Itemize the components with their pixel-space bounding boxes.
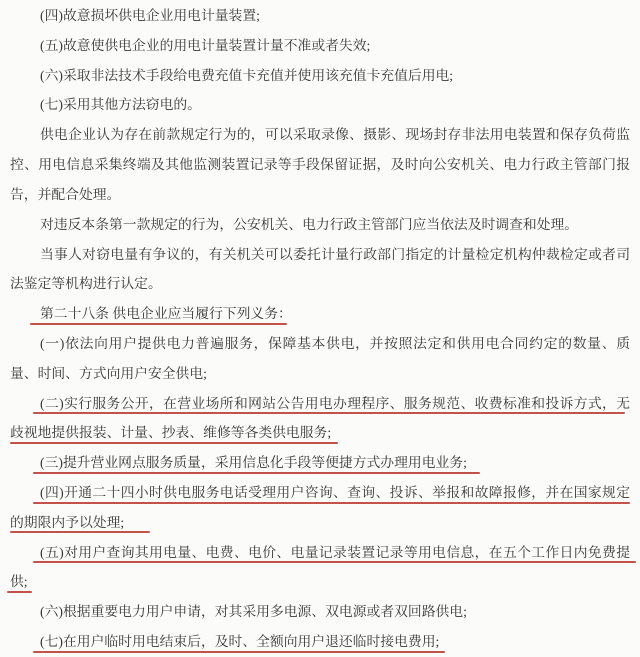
text-line: (五)对用户查询其用电量、电费、电价、电量记录装置记录等用电信息，在五个工作日内… xyxy=(10,538,630,568)
red-underline xyxy=(33,502,630,504)
text-line: 法鉴定等机构进行认定。 xyxy=(10,269,630,299)
line-text: (五)对用户查询其用电量、电费、电价、电量记录装置记录等用电信息，在五个工作日内… xyxy=(40,545,630,560)
text-line: 当事人对窃电量有争议的，有关机关可以委托计量行政部门指定的计量检定机构仲裁检定或… xyxy=(10,240,630,270)
text-line: (五)故意使供电企业的用电计量装置计量不准或者失效; xyxy=(10,31,630,61)
red-underline xyxy=(33,412,625,414)
text-line: (六)采取非法技术手段给电费充值卡充值并使用该充值卡充值后用电; xyxy=(10,61,630,91)
line-text: (四)开通二十四小时供电服务电话受理用户咨询、查询、投诉、举报和故障报修，并在国… xyxy=(40,485,630,500)
line-text: 当事人对窃电量有争议的，有关机关可以委托计量行政部门指定的计量检定机构仲裁检定或… xyxy=(40,247,630,262)
article-28-heading: 第二十八条 供电企业应当履行下列义务： xyxy=(10,299,630,329)
text-line: (二)实行服务公开，在营业场所和网站公告用电办理程序、服务规范、收费标准和投诉方… xyxy=(10,389,630,419)
line-text: 的期限内予以处理; xyxy=(10,515,124,530)
line-text: 对违反本条第一款规定的行为，公安机关、电力行政主管部门应当依法及时调查和处理。 xyxy=(40,217,578,232)
text-line: (四)故意损坏供电企业用电计量装置; xyxy=(10,1,630,31)
text-line: 供; xyxy=(10,567,630,597)
text-line: (六)根据重要电力用户申请，对其采用多电源、双电源或者双回路供电; xyxy=(10,597,630,627)
line-text: 供; xyxy=(10,574,28,589)
line-text: 供电企业认为存在前款规定行为的，可以采取录像、摄影、现场封存非法用电装置和保存负… xyxy=(40,127,630,142)
red-underline xyxy=(33,651,445,653)
line-text: (五)故意使供电企业的用电计量装置计量不准或者失效; xyxy=(40,38,370,53)
red-underline xyxy=(30,323,287,326)
line-text: 告，并配合处理。 xyxy=(10,187,120,202)
red-underline xyxy=(10,442,338,444)
text-line: 的期限内予以处理; xyxy=(10,508,630,538)
line-text: (七)采用其他方法窃电的。 xyxy=(40,97,201,112)
text-line: (一)依法向用户提供电力普遍服务，保障基本供电，并按照法定和供用电合同约定的数量… xyxy=(10,329,630,359)
line-text: (六)采取非法技术手段给电费充值卡充值并使用该充值卡充值后用电; xyxy=(40,68,453,83)
line-text: 歧视地提供报装、计量、抄表、维修等各类供电服务; xyxy=(10,425,331,440)
text-line: 告，并配合处理。 xyxy=(10,180,630,210)
line-text: (三)提升营业网点服务质量，采用信息化手段等便捷方式办理用电业务; xyxy=(40,455,467,470)
red-underline xyxy=(7,591,32,593)
line-text: (七)在用户临时用电结束后，及时、全额向用户退还临时接电费用; xyxy=(40,634,439,649)
line-text: (一)依法向用户提供电力普遍服务，保障基本供电，并按照法定和供用电合同约定的数量… xyxy=(40,336,630,351)
text-line: 控、用电信息采集终端及其他监测装置记录等手段保留证据，及时向公安机关、电力行政主… xyxy=(10,150,630,180)
text-line: (四)开通二十四小时供电服务电话受理用户咨询、查询、投诉、举报和故障报修，并在国… xyxy=(10,478,630,508)
text-line: 歧视地提供报装、计量、抄表、维修等各类供电服务; xyxy=(10,418,630,448)
red-underline xyxy=(33,561,636,563)
line-text: (二)实行服务公开，在营业场所和网站公告用电办理程序、服务规范、收费标准和投诉方… xyxy=(40,396,630,411)
line-text: (四)故意损坏供电企业用电计量装置; xyxy=(40,8,260,23)
line-text: (六)根据重要电力用户申请，对其采用多电源、双电源或者双回路供电; xyxy=(40,604,467,619)
text-line: (三)提升营业网点服务质量，采用信息化手段等便捷方式办理用电业务; xyxy=(10,448,630,478)
line-text: 法鉴定等机构进行认定。 xyxy=(10,276,162,291)
line-text: 第二十八条 供电企业应当履行下列义务： xyxy=(40,306,292,321)
red-underline xyxy=(10,531,150,533)
red-underline xyxy=(33,472,480,474)
text-line: (七)在用户临时用电结束后，及时、全额向用户退还临时接电费用; xyxy=(10,627,630,657)
text-line: 量、时间、方式向用户安全供电; xyxy=(10,359,630,389)
text-line: 供电企业认为存在前款规定行为的，可以采取录像、摄影、现场封存非法用电装置和保存负… xyxy=(10,120,630,150)
document-page: (四)故意损坏供电企业用电计量装置; (五)故意使供电企业的用电计量装置计量不准… xyxy=(0,0,640,657)
line-text: 量、时间、方式向用户安全供电; xyxy=(10,366,207,381)
text-line: (七)采用其他方法窃电的。 xyxy=(10,90,630,120)
text-line: 对违反本条第一款规定的行为，公安机关、电力行政主管部门应当依法及时调查和处理。 xyxy=(10,210,630,240)
line-text: 控、用电信息采集终端及其他监测装置记录等手段保留证据，及时向公安机关、电力行政主… xyxy=(10,157,630,172)
